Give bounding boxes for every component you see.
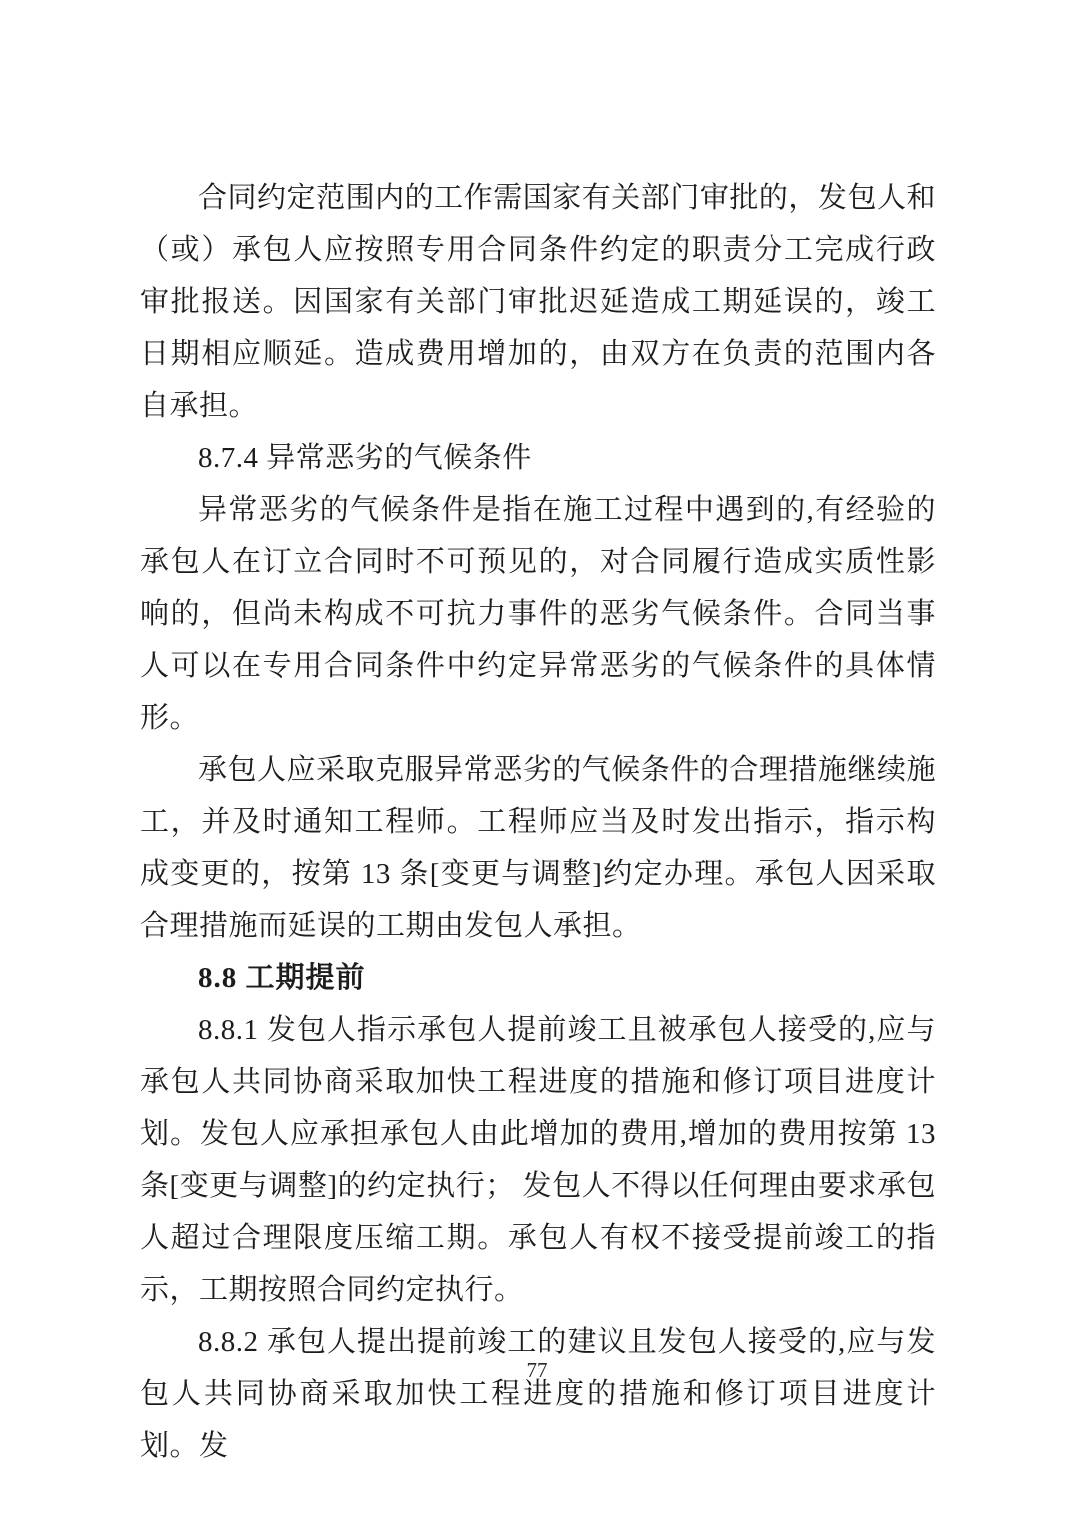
paragraph-8-8-2-contractor-proposed-early-completion: 8.8.2 承包人提出提前竣工的建议且发包人接受的,应与发包人共同协商采取加快工…: [140, 1316, 936, 1472]
contract-document-page: 合同约定范围内的工作需国家有关部门审批的，发包人和（或）承包人应按照专用合同条件…: [0, 0, 1074, 1520]
page-footer: 77: [0, 1356, 1074, 1384]
page-number: 77: [527, 1358, 548, 1382]
paragraph-adverse-weather-definition: 异常恶劣的气候条件是指在施工过程中遇到的,有经验的承包人在订立合同时不可预见的，…: [140, 484, 936, 744]
paragraph-adverse-weather-measures: 承包人应采取克服异常恶劣的气候条件的合理措施继续施工，并及时通知工程师。工程师应…: [140, 744, 936, 952]
section-heading-8-8: 8.8 工期提前: [140, 952, 936, 1004]
section-heading-8-7-4: 8.7.4 异常恶劣的气候条件: [140, 432, 936, 484]
paragraph-8-8-1-employer-instructed-early-completion: 8.8.1 发包人指示承包人提前竣工且被承包人接受的,应与承包人共同协商采取加快…: [140, 1004, 936, 1316]
paragraph-approval-obligations: 合同约定范围内的工作需国家有关部门审批的，发包人和（或）承包人应按照专用合同条件…: [140, 172, 936, 432]
document-text-block: 合同约定范围内的工作需国家有关部门审批的，发包人和（或）承包人应按照专用合同条件…: [140, 172, 936, 1472]
